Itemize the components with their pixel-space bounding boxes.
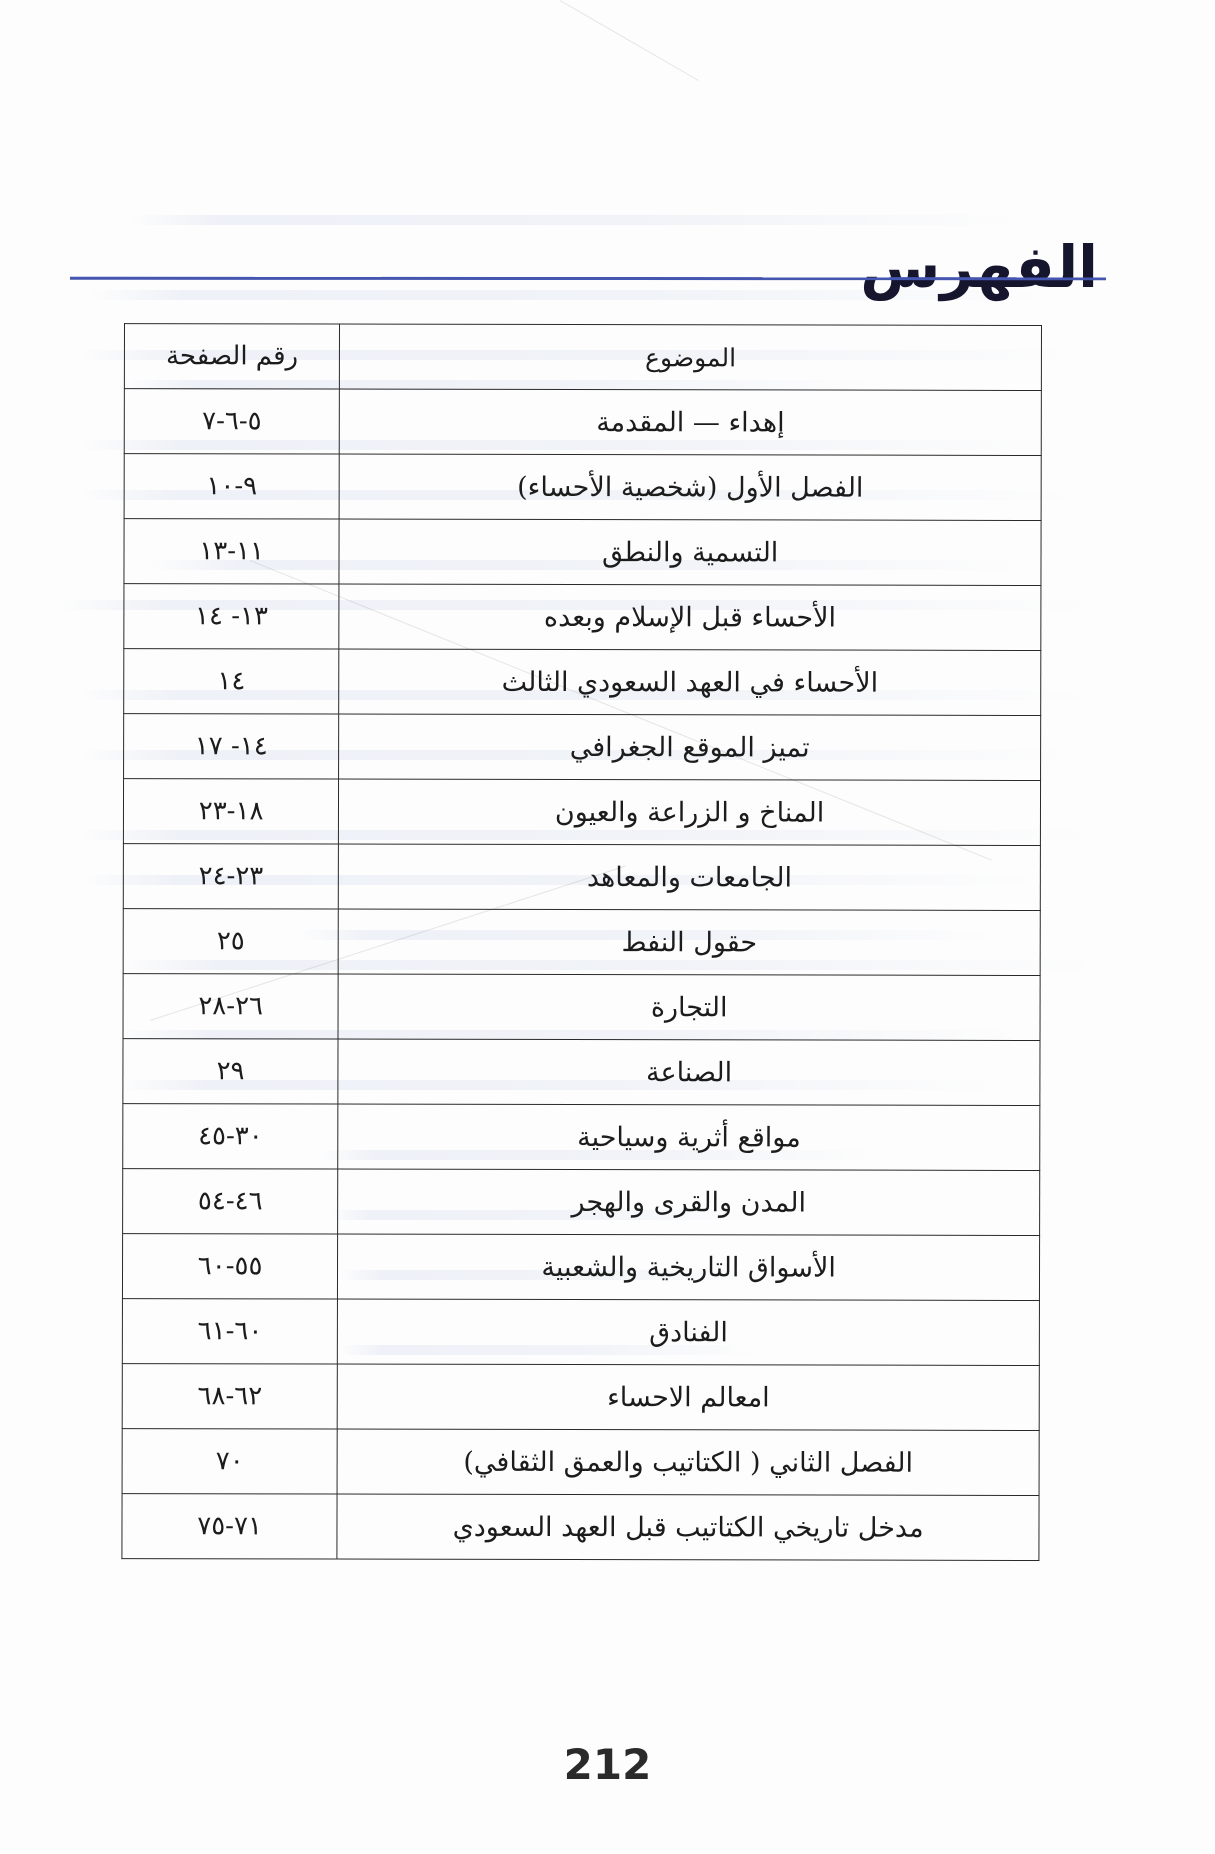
row-topic: الأحساء في العهد السعودي الثالث — [339, 649, 1041, 715]
row-topic: الأحساء قبل الإسلام وبعده — [339, 584, 1041, 650]
row-page: ١٤- ١٧ — [124, 714, 339, 779]
row-topic: مدخل تاريخي الكتاتيب قبل العهد السعودي — [337, 1494, 1039, 1560]
row-topic: المدن والقرى والهجر — [338, 1169, 1040, 1235]
row-topic: الجامعات والمعاهد — [339, 844, 1041, 910]
row-topic: مواقع أثرية وسياحية — [338, 1104, 1040, 1170]
row-page: ٦٢-٦٨ — [122, 1364, 337, 1429]
row-page: ١٨-٢٣ — [123, 779, 338, 844]
row-page: ٩-١٠ — [124, 454, 339, 519]
table-row: المناخ و الزراعة والعيون ١٨-٢٣ — [123, 779, 1040, 846]
row-topic: التجارة — [338, 974, 1040, 1040]
table-row: امعالم الاحساء ٦٢-٦٨ — [122, 1364, 1039, 1431]
row-topic: الفصل الأول (شخصية الأحساء) — [339, 454, 1041, 520]
row-page: ٥٥-٦٠ — [122, 1234, 337, 1299]
table-row: الفصل الثاني ( الكتاتيب والعمق الثقافي) … — [122, 1429, 1039, 1496]
table-row: الصناعة ٢٩ — [123, 1039, 1040, 1106]
row-topic: الفنادق — [338, 1299, 1040, 1365]
row-page: ٢٦-٢٨ — [123, 974, 338, 1039]
table-row: إهداء — المقدمة ٥-٦-٧ — [124, 389, 1041, 456]
paper-crease — [560, 0, 699, 81]
table-header-row: الموضوع رقم الصفحة — [124, 324, 1041, 391]
row-page: ١١-١٣ — [124, 519, 339, 584]
table-of-contents: الموضوع رقم الصفحة إهداء — المقدمة ٥-٦-٧… — [121, 323, 1042, 1561]
table-row: الأحساء في العهد السعودي الثالث ١٤ — [124, 649, 1041, 716]
header-page-number: رقم الصفحة — [124, 324, 339, 389]
row-topic: المناخ و الزراعة والعيون — [339, 779, 1041, 845]
row-page: ٣٠-٤٥ — [123, 1104, 338, 1169]
row-page: ١٣- ١٤ — [124, 584, 339, 649]
table-row: مدخل تاريخي الكتاتيب قبل العهد السعودي ٧… — [122, 1494, 1039, 1561]
title-underline-rule — [70, 277, 1106, 281]
table-row: مواقع أثرية وسياحية ٣٠-٤٥ — [123, 1104, 1040, 1171]
page-number: 212 — [0, 1740, 1215, 1789]
row-page: ٤٦-٥٤ — [123, 1169, 338, 1234]
row-page: ٧١-٧٥ — [122, 1494, 337, 1559]
row-page: ٢٣-٢٤ — [123, 844, 338, 909]
row-page: ٢٩ — [123, 1039, 338, 1104]
page-title: الفهرس — [860, 227, 1098, 307]
row-page: ٥-٦-٧ — [124, 389, 339, 454]
row-page: ١٤ — [124, 649, 339, 714]
table-row: التسمية والنطق ١١-١٣ — [124, 519, 1041, 586]
row-topic: حقول النفط — [338, 909, 1040, 975]
table-row: المدن والقرى والهجر ٤٦-٥٤ — [123, 1169, 1040, 1236]
table-row: تميز الموقع الجغرافي ١٤- ١٧ — [124, 714, 1041, 781]
row-page: ٧٠ — [122, 1429, 337, 1494]
table-row: التجارة ٢٦-٢٨ — [123, 974, 1040, 1041]
row-topic: الصناعة — [338, 1039, 1040, 1105]
row-topic: التسمية والنطق — [339, 519, 1041, 585]
table-row: الجامعات والمعاهد ٢٣-٢٤ — [123, 844, 1040, 911]
table-row: الأسواق التاريخية والشعبية ٥٥-٦٠ — [122, 1234, 1039, 1301]
table-row: الفصل الأول (شخصية الأحساء) ٩-١٠ — [124, 454, 1041, 521]
table-row: الأحساء قبل الإسلام وبعده ١٣- ١٤ — [124, 584, 1041, 651]
row-page: ٢٥ — [123, 909, 338, 974]
book-page: الفهرس الموضوع رقم الصفحة إهداء — المقدم… — [0, 0, 1215, 1854]
header-topic: الموضوع — [340, 324, 1042, 390]
table-row: حقول النفط ٢٥ — [123, 909, 1040, 976]
row-topic: الفصل الثاني ( الكتاتيب والعمق الثقافي) — [337, 1429, 1039, 1495]
table-row: الفنادق ٦٠-٦١ — [122, 1299, 1039, 1366]
row-topic: الأسواق التاريخية والشعبية — [338, 1234, 1040, 1300]
row-topic: إهداء — المقدمة — [339, 389, 1041, 455]
row-topic: تميز الموقع الجغرافي — [339, 714, 1041, 780]
row-page: ٦٠-٦١ — [122, 1299, 337, 1364]
row-topic: امعالم الاحساء — [337, 1364, 1039, 1430]
